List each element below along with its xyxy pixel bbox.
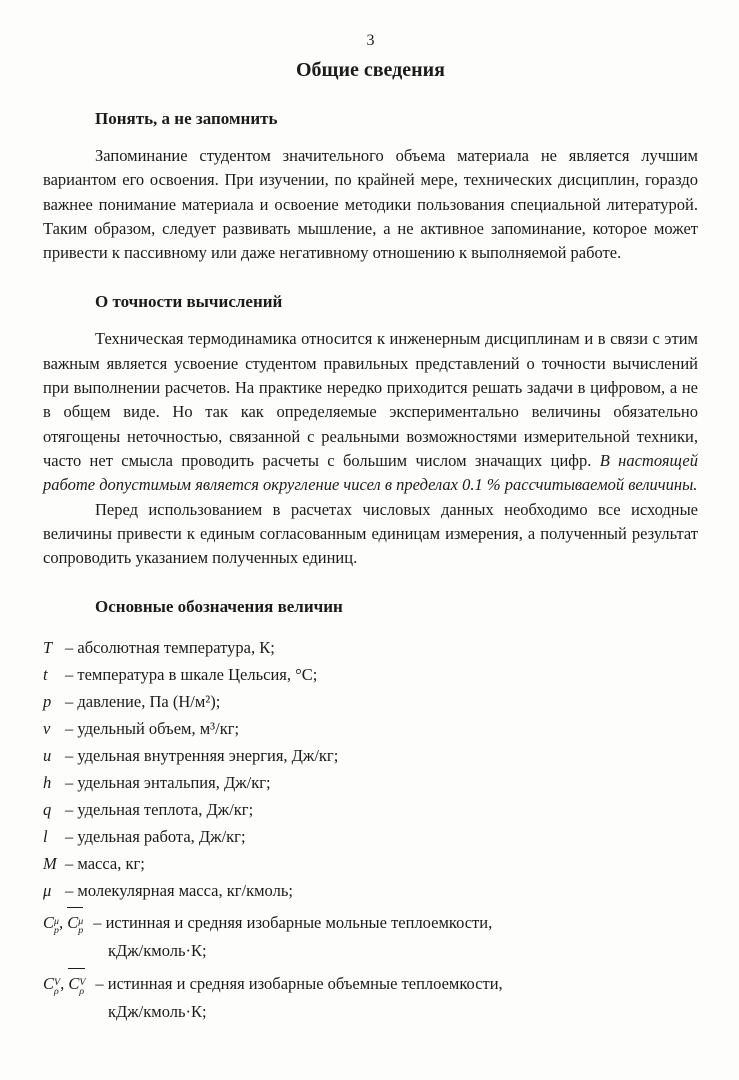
symbol-definition-M: M– масса, кг; (43, 850, 698, 877)
symbol-description: – удельная внутренняя энергия, Дж/кг; (65, 746, 338, 765)
section-heading-precision: О точности вычислений (95, 292, 698, 312)
heat-capacity-symbols: Cμp, Cμp (43, 913, 83, 932)
symbol: μ (43, 877, 59, 904)
symbol-description: – удельная энтальпия, Дж/кг; (65, 773, 271, 792)
symbol-description: – истинная и средняя изобарные объемные … (95, 974, 502, 993)
symbol-definition-T: T– абсолютная температура, К; (43, 634, 698, 661)
symbol-definition-l: l– удельная работа, Дж/кг; (43, 823, 698, 850)
symbol: t (43, 661, 59, 688)
symbol-description: – удельная работа, Дж/кг; (65, 827, 246, 846)
symbol: T (43, 634, 59, 661)
symbol-mean: Cμp (67, 907, 83, 937)
symbol: l (43, 823, 59, 850)
symbol: q (43, 796, 59, 823)
symbol-true: Cμp (43, 913, 59, 932)
symbol-description: – истинная и средняя изобарные мольные т… (93, 913, 492, 932)
paragraph-text: Техническая термодинамика относится к ин… (43, 329, 698, 469)
symbol-definition-nu: ν– удельный объем, м³/кг; (43, 715, 698, 742)
symbol: h (43, 769, 59, 796)
symbol-definition-t: t– температура в шкале Цельсия, °С; (43, 661, 698, 688)
symbol-true: CVρ (43, 974, 60, 993)
symbol-description: – масса, кг; (65, 854, 145, 873)
symbol: p (43, 688, 59, 715)
symbol: M (43, 850, 59, 877)
symbol: и (43, 742, 59, 769)
symbol-list: T– абсолютная температура, К; t– темпера… (43, 634, 698, 1026)
page-title: Общие сведения (43, 58, 698, 82)
symbol-definition-cv-volumetric: CVρ, CVρ– истинная и средняя изобарные о… (43, 968, 698, 998)
symbol-description: – температура в шкале Цельсия, °С; (65, 665, 317, 684)
symbol-description: – абсолютная температура, К; (65, 638, 275, 657)
symbol-unit: кДж/кмоль·К; (108, 998, 698, 1026)
document-page: 3 Общие сведения Понять, а не запомнить … (0, 0, 739, 1080)
symbol-mean: CVρ (68, 968, 85, 998)
symbol-definition-u: и– удельная внутренняя энергия, Дж/кг; (43, 742, 698, 769)
symbol-description: – молекулярная масса, кг/кмоль; (65, 881, 293, 900)
symbol-definition-cp-molar: Cμp, Cμp– истинная и средняя изобарные м… (43, 907, 698, 937)
section-heading-understand: Понять, а не запомнить (95, 109, 698, 129)
symbol-unit: кДж/кмоль·К; (108, 937, 698, 965)
symbol-description: – давление, Па (Н/м²); (65, 692, 220, 711)
symbol-definition-mu: μ– молекулярная масса, кг/кмоль; (43, 877, 698, 904)
symbol-definition-h: h– удельная энтальпия, Дж/кг; (43, 769, 698, 796)
section-heading-symbols: Основные обозначения величин (95, 597, 698, 617)
symbol-definition-q: q– удельная теплота, Дж/кг; (43, 796, 698, 823)
symbol: ν (43, 715, 59, 742)
paragraph-precision-2: Перед использованием в расчетах числовых… (43, 498, 698, 571)
heat-capacity-symbols: CVρ, CVρ (43, 974, 85, 993)
paragraph-understand: Запоминание студентом значительного объе… (43, 144, 698, 265)
page-number: 3 (43, 32, 698, 50)
symbol-description: – удельная теплота, Дж/кг; (65, 800, 253, 819)
paragraph-precision-1: Техническая термодинамика относится к ин… (43, 327, 698, 497)
symbol-definition-p: p– давление, Па (Н/м²); (43, 688, 698, 715)
symbol-description: – удельный объем, м³/кг; (65, 719, 239, 738)
